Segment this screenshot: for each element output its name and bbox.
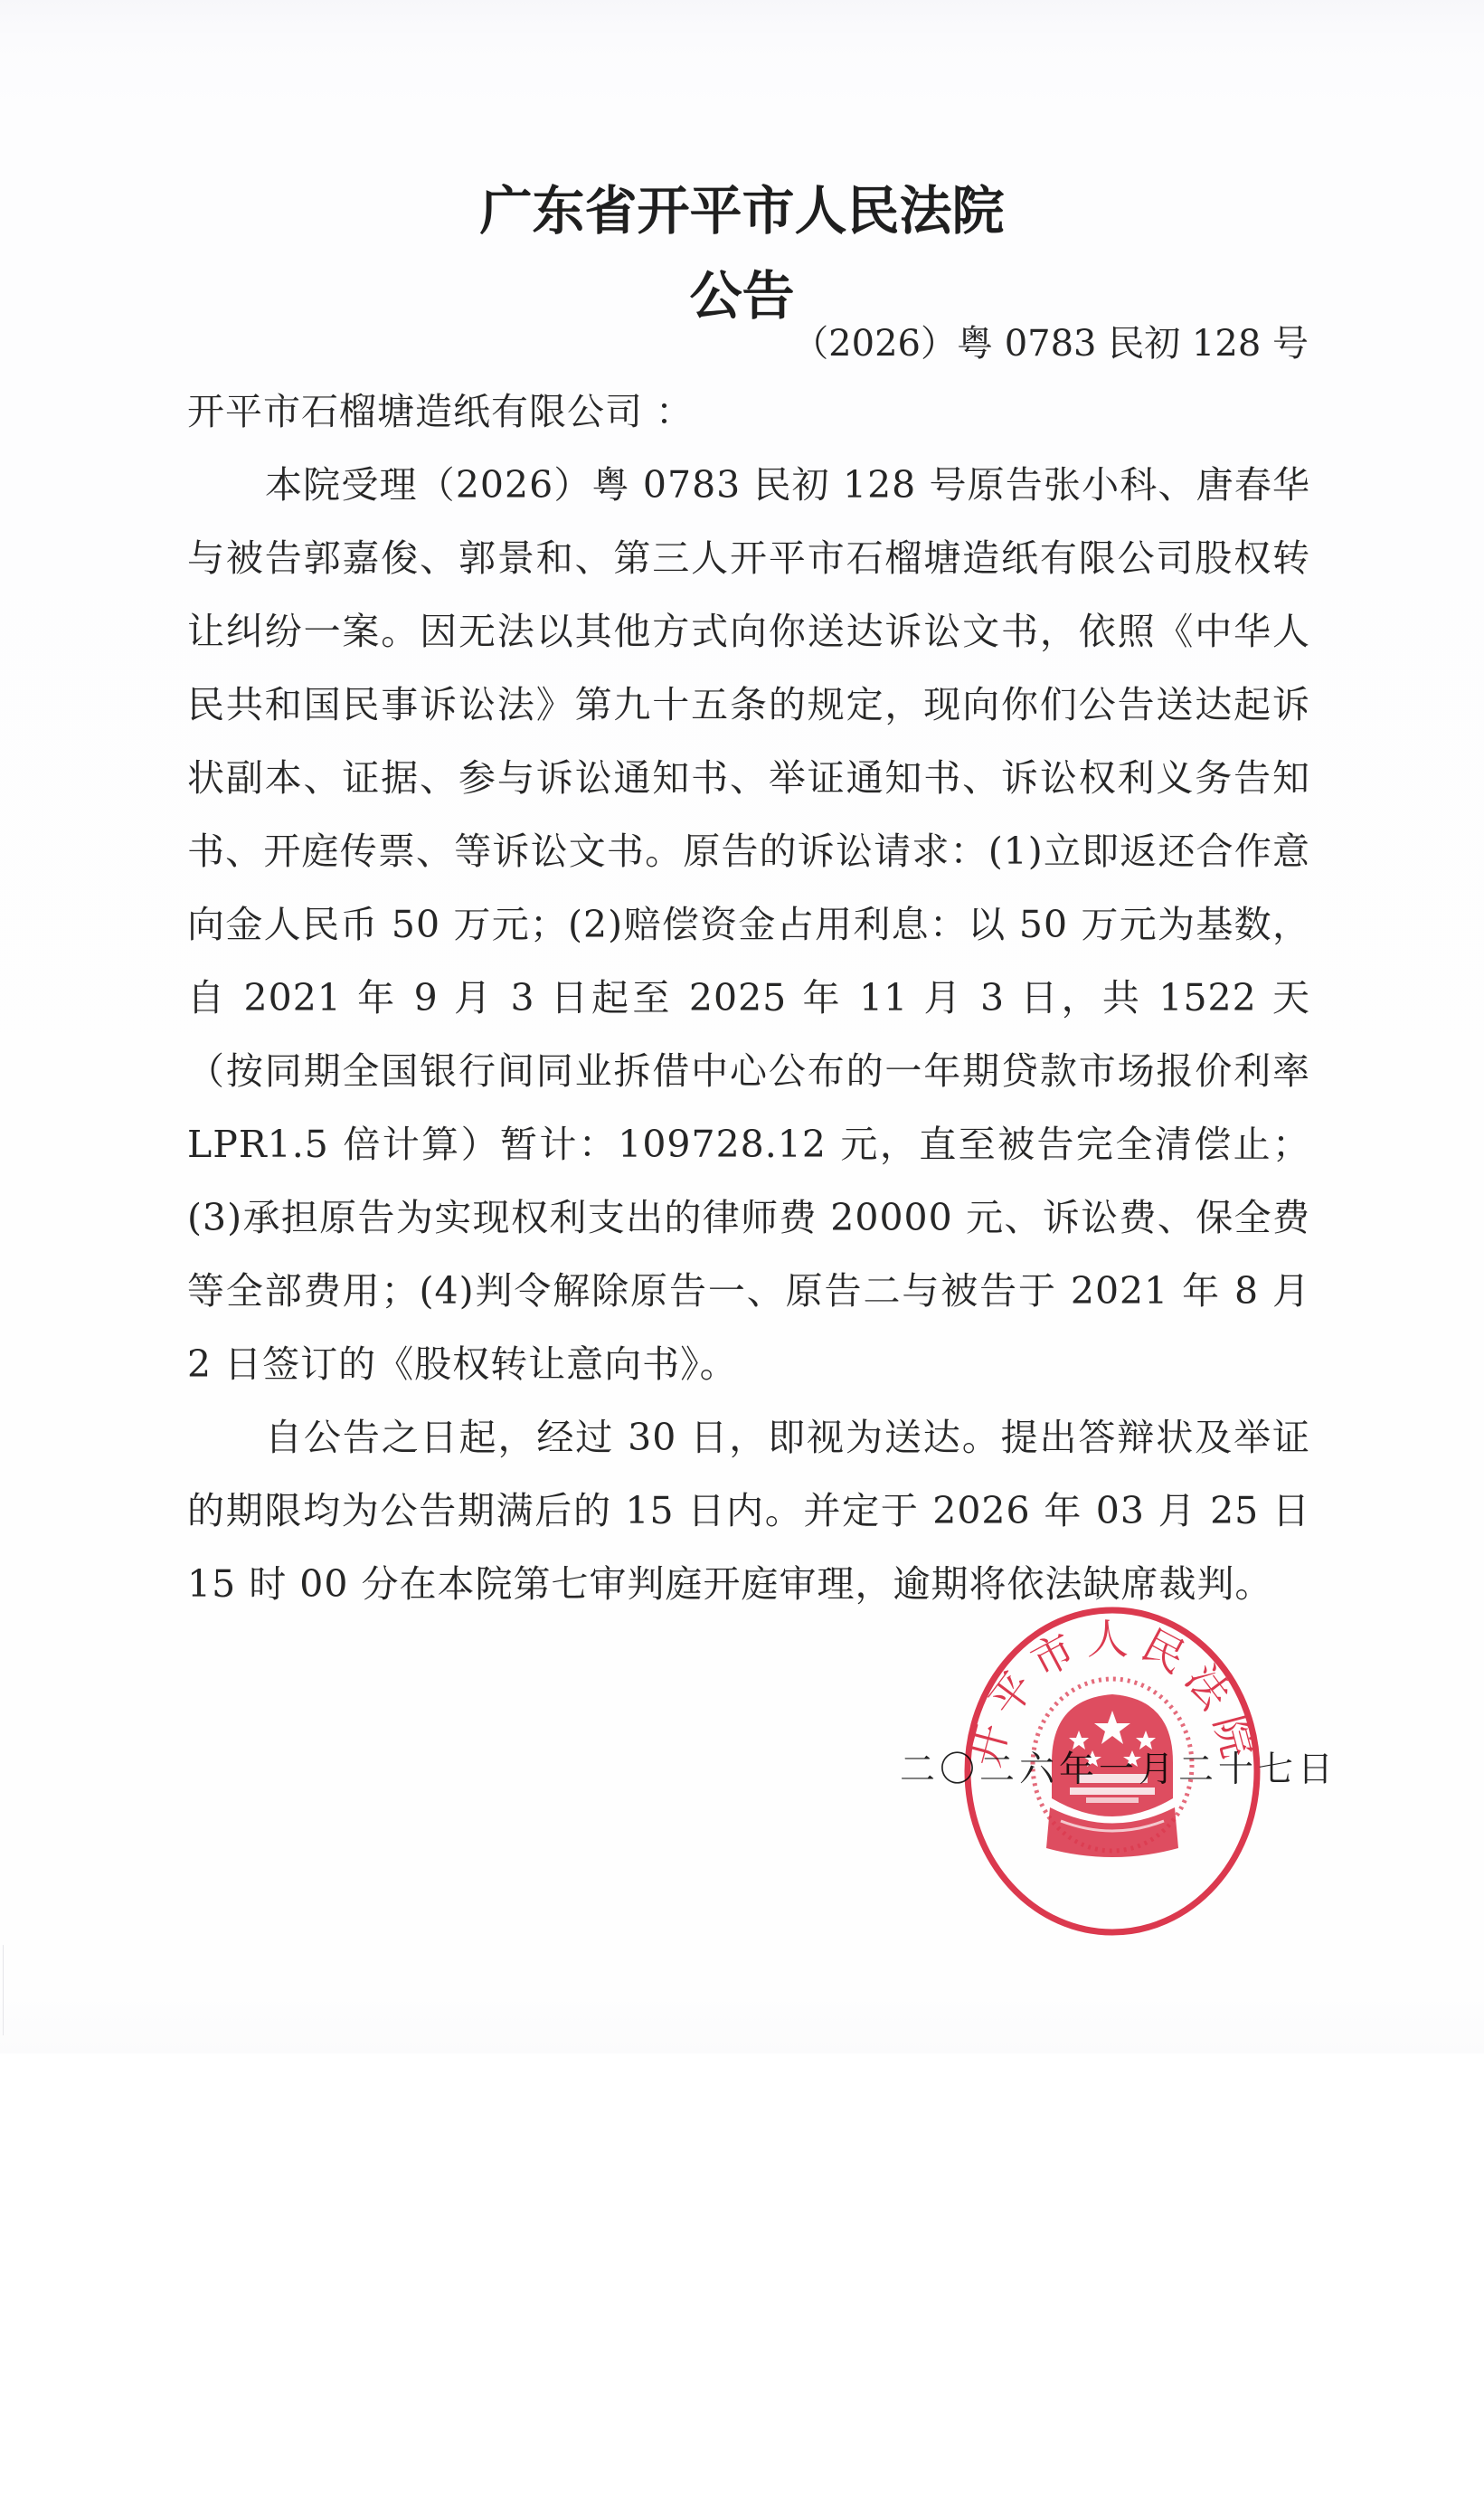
case-number: （2026）粤 0783 民初 128 号: [792, 318, 1309, 369]
recipient-line: 开平市石榴塘造纸有限公司 ：: [187, 375, 1310, 449]
document-title: 广东省开平市人民法院: [0, 179, 1484, 242]
notice-paragraph-1-container: 本院受理（2026）粤 0783 民初 128 号原告张小科、唐春华与被告郭嘉俊…: [187, 449, 1310, 1401]
court-seal-icon: 开平市人民法院: [961, 1604, 1263, 1939]
notice-paragraph-2: 自公告之日起，经过 30 日，即视为送达。提出答辩状及举证的期限均为公告期满后的…: [187, 1401, 1310, 1621]
national-emblem-icon: [1033, 1679, 1192, 1857]
notice-paragraph-1: 本院受理（2026）粤 0783 民初 128 号原告张小科、唐春华与被告郭嘉俊…: [187, 449, 1310, 1401]
court-seal: 开平市人民法院: [961, 1604, 1263, 1939]
scan-edge-artifact: [3, 1945, 4, 2035]
notice-paragraph-2-container: 自公告之日起，经过 30 日，即视为送达。提出答辩状及举证的期限均为公告期满后的…: [187, 1401, 1310, 1621]
